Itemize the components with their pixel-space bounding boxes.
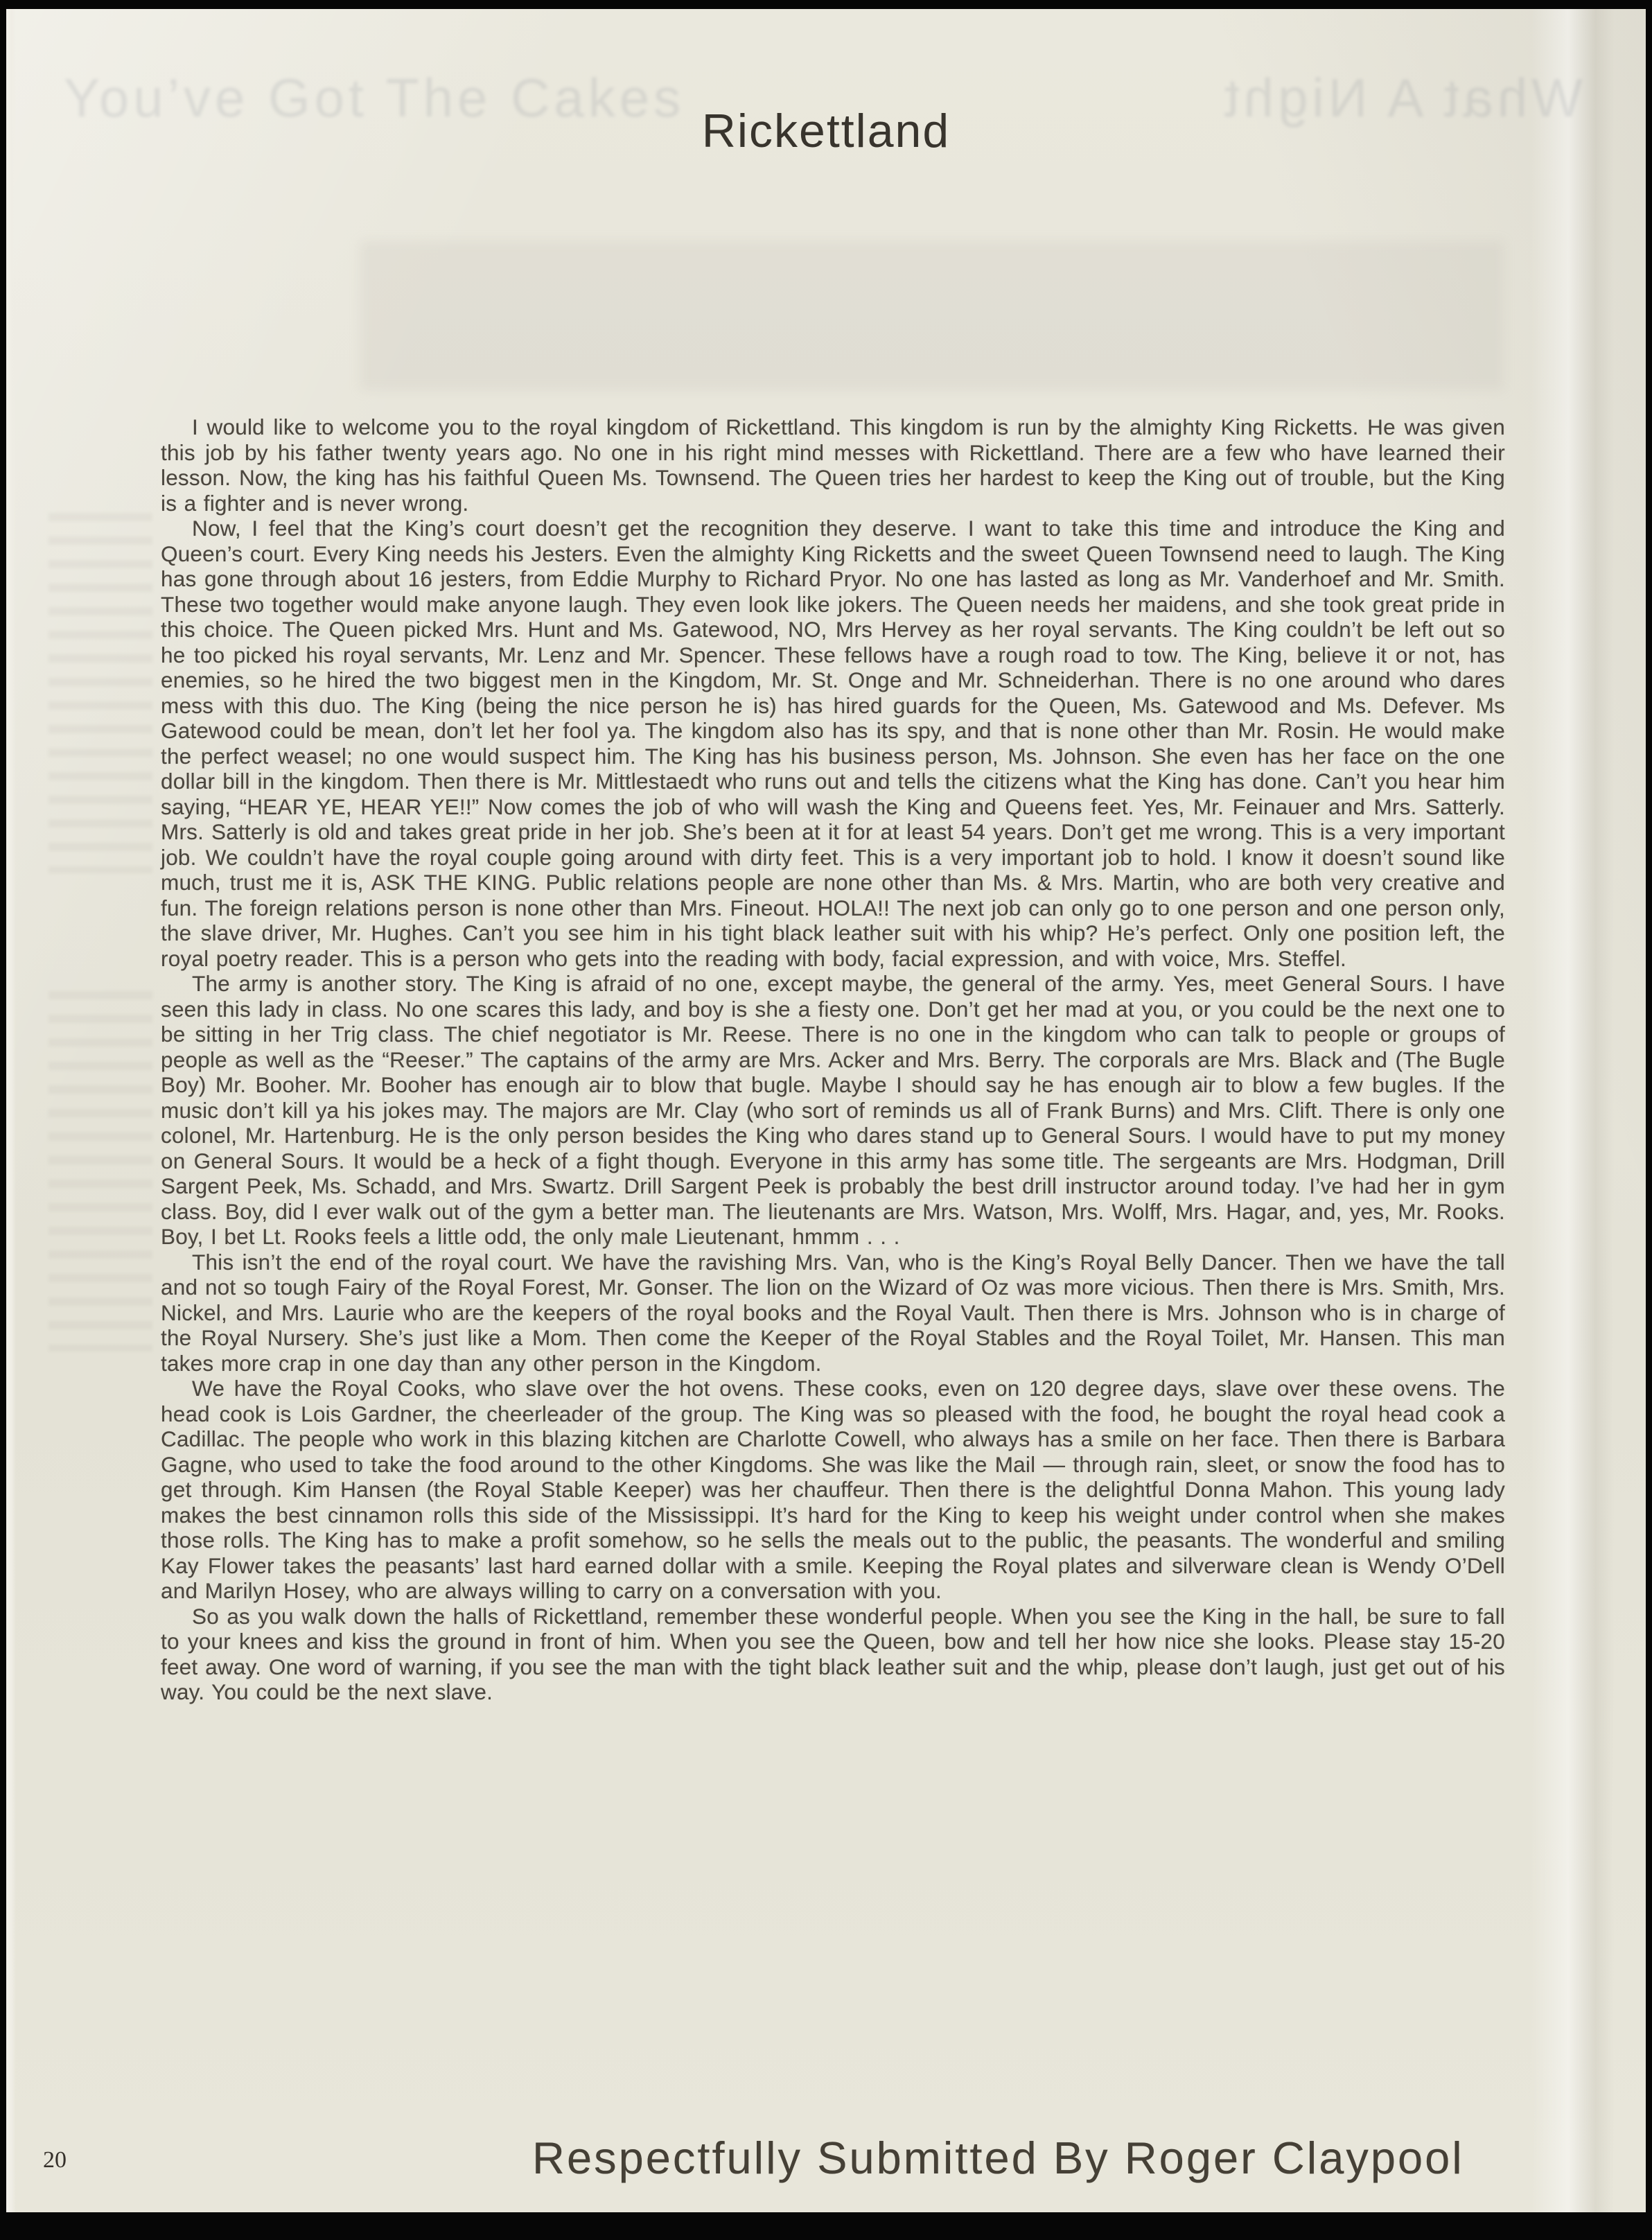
bleedthrough-margin-text	[49, 513, 152, 873]
paragraph: The army is another story. The King is a…	[161, 971, 1505, 1250]
paragraph: Now, I feel that the King’s court doesn’…	[161, 516, 1505, 971]
paper-edge	[6, 9, 16, 2212]
byline: Respectfully Submitted By Roger Claypool	[532, 2132, 1464, 2184]
paragraph: I would like to welcome you to the royal…	[161, 414, 1505, 516]
page-crease	[1531, 9, 1614, 2212]
bleedthrough-margin-text	[49, 991, 152, 1351]
bleedthrough-photo-area	[360, 241, 1504, 390]
scanned-yearbook-page: You’ve Got The Cakes What A Night Ricket…	[0, 0, 1652, 2240]
page-title: Rickettland	[0, 104, 1652, 158]
page-number: 20	[43, 2147, 67, 2173]
paragraph: This isn’t the end of the royal court. W…	[161, 1250, 1505, 1376]
article-body: I would like to welcome you to the royal…	[161, 414, 1505, 1705]
paragraph: We have the Royal Cooks, who slave over …	[161, 1376, 1505, 1604]
paragraph: So as you walk down the halls of Rickett…	[161, 1604, 1505, 1705]
